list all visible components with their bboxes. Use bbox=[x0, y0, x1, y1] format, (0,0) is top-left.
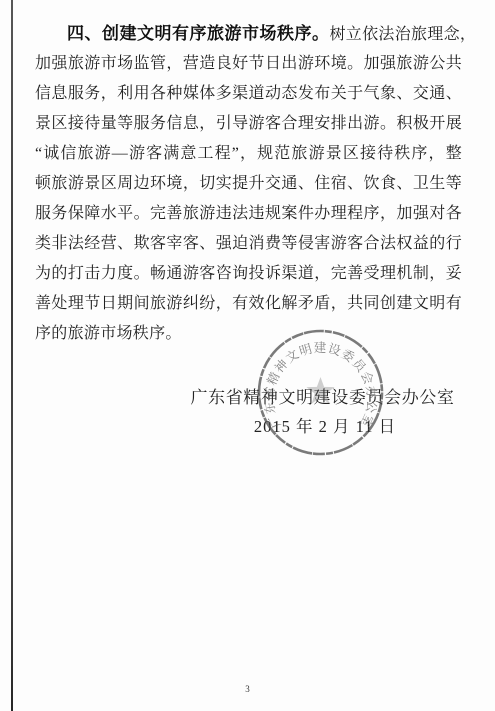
body-line: 服务保障水平。完善旅游违法违规案件办理程序，加强对各 bbox=[35, 199, 462, 229]
body-line: 顿旅游景区周边环境，切实提升交通、住宿、饮食、卫生等 bbox=[35, 169, 462, 199]
body-line: “诚信旅游—游客满意工程”，规范旅游景区接待秩序，整 bbox=[35, 139, 462, 169]
body-line-text: 树立依法治旅理念， bbox=[330, 26, 477, 43]
body-line: 序的旅游市场秩序。 bbox=[35, 319, 462, 349]
body-line: 类非法经营、欺客宰客、强迫消费等侵害游客合法权益的行 bbox=[35, 229, 462, 259]
body-line: 为的打击力度。畅通游客咨询投诉渠道，完善受理机制，妥 bbox=[35, 259, 462, 289]
body-line: 善处理节日期间旅游纠纷，有效化解矛盾，共同创建文明有 bbox=[35, 289, 462, 319]
body-line: 四、创建文明有序旅游市场秩序。树立依法治旅理念， bbox=[35, 19, 462, 49]
signature-office: 广东省精神文明建设委员会办公室 bbox=[175, 383, 470, 408]
signature-date: 2015 年 2 月 11 日 bbox=[185, 413, 465, 437]
section-heading: 四、创建文明有序旅游市场秩序。 bbox=[67, 24, 330, 43]
body-line: 景区接待量等服务信息，引导游客合理安排出游。积极开展 bbox=[35, 109, 462, 139]
body-paragraph: 四、创建文明有序旅游市场秩序。树立依法治旅理念， 加强旅游市场监管，营造良好节日… bbox=[35, 19, 462, 349]
page-number: 3 bbox=[0, 684, 495, 694]
body-line: 加强旅游市场监管，营造良好节日出游环境。加强旅游公共 bbox=[35, 49, 462, 79]
body-line: 信息服务，利用各种媒体多渠道动态发布关于气象、交通、 bbox=[35, 79, 462, 109]
document-page: 四、创建文明有序旅游市场秩序。树立依法治旅理念， 加强旅游市场监管，营造良好节日… bbox=[0, 0, 495, 711]
scan-artifact-line bbox=[11, 0, 13, 711]
